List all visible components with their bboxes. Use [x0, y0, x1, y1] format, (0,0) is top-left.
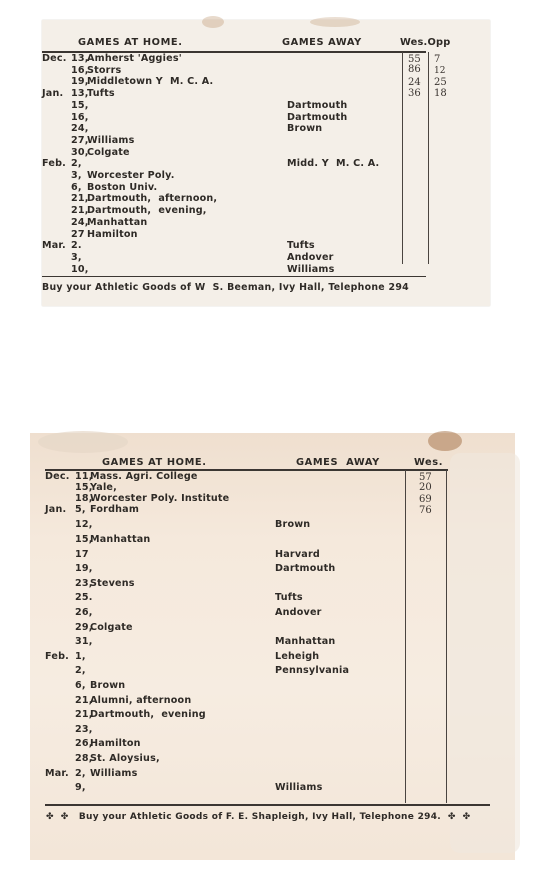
water-stain: [202, 16, 224, 28]
away-opponent: Williams: [287, 264, 335, 275]
away-opponent: Dartmouth: [275, 563, 335, 574]
away-opponent: Andover: [287, 252, 334, 263]
day-label: 2,: [71, 158, 82, 169]
home-opponent: Dartmouth, evening: [90, 709, 206, 720]
day-label: 2.: [71, 240, 82, 251]
worn-edge: [450, 453, 520, 853]
home-opponent: Fordham: [90, 504, 139, 515]
home-opponent: Worcester Poly. Institute: [90, 493, 229, 504]
home-opponent: Boston Univ.: [87, 182, 157, 193]
score-wes: 36: [408, 88, 421, 99]
home-opponent: Colgate: [87, 147, 130, 158]
away-opponent: Brown: [287, 123, 322, 134]
month-label: Feb.: [45, 651, 69, 662]
header-games-away: GAMES AWAY: [282, 37, 362, 48]
home-opponent: Brown: [90, 680, 125, 691]
header-games-at-home: GAMES AT HOME.: [102, 457, 207, 468]
month-label: Jan.: [42, 88, 63, 99]
home-opponent: Colgate: [90, 622, 133, 633]
advert-footer: Buy your Athletic Goods of W S. Beeman, …: [42, 282, 409, 293]
water-stain: [310, 17, 360, 27]
day-label: 21,: [71, 193, 89, 204]
away-opponent: Leheigh: [275, 651, 319, 662]
day-label: 15,: [71, 100, 89, 111]
away-opponent: Dartmouth: [287, 112, 347, 123]
home-opponent: Williams: [87, 135, 135, 146]
home-opponent: Tufts: [87, 88, 115, 99]
header-games-away: GAMES AWAY: [296, 457, 380, 468]
home-opponent: Williams: [90, 768, 138, 779]
home-opponent: Manhattan: [90, 534, 150, 545]
day-label: 6,: [75, 680, 86, 691]
home-opponent: Hamilton: [90, 738, 141, 749]
footer-rule: [45, 804, 490, 806]
home-opponent: Alumni, afternoon: [90, 695, 191, 706]
day-label: 13,: [71, 88, 89, 99]
day-label: 17: [75, 549, 89, 560]
water-stain: [428, 431, 462, 451]
score-wes: 20: [419, 482, 432, 493]
home-opponent: Worcester Poly.: [87, 170, 175, 181]
day-label: 2,: [75, 768, 86, 779]
header-games-at-home: GAMES AT HOME.: [78, 37, 183, 48]
score-opp: 7: [434, 54, 440, 65]
home-opponent: Dartmouth, afternoon,: [87, 193, 217, 204]
score-wes: 86: [408, 64, 421, 75]
away-opponent: Tufts: [275, 592, 303, 603]
column-divider-opp: [428, 52, 429, 264]
month-label: Feb.: [42, 158, 66, 169]
day-label: 16,: [71, 112, 89, 123]
month-label: Dec.: [42, 53, 67, 64]
away-opponent: Brown: [275, 519, 310, 530]
home-opponent: Dartmouth, evening,: [87, 205, 207, 216]
day-label: 19,: [71, 76, 89, 87]
day-label: 25.: [75, 592, 93, 603]
month-label: Mar.: [42, 240, 66, 251]
score-wes: 69: [419, 494, 432, 505]
column-divider-right: [446, 470, 447, 803]
home-opponent: Middletown Y M. C. A.: [87, 76, 213, 87]
day-label: 2,: [75, 665, 86, 676]
day-label: 27,: [71, 135, 89, 146]
schedule-card-beeman: GAMES AT HOME. GAMES AWAY Wes.Opp Dec.13…: [42, 20, 490, 306]
day-label: 16,: [71, 65, 89, 76]
home-opponent: Hamilton: [87, 229, 138, 240]
score-wes: 24: [408, 77, 421, 88]
home-opponent: Amherst 'Aggies': [87, 53, 182, 64]
home-opponent: Mass. Agri. College: [90, 471, 198, 482]
day-label: 23,: [75, 724, 93, 735]
away-opponent: Dartmouth: [287, 100, 347, 111]
footer-rule: [42, 276, 426, 277]
away-opponent: Williams: [275, 782, 323, 793]
home-opponent: St. Aloysius,: [90, 753, 160, 764]
day-label: 3,: [71, 170, 82, 181]
day-label: 24,: [71, 123, 89, 134]
home-opponent: Storrs: [87, 65, 121, 76]
month-label: Mar.: [45, 768, 69, 779]
water-stain: [38, 431, 128, 453]
day-label: 13,: [71, 53, 89, 64]
score-opp: 18: [434, 88, 447, 99]
schedule-card-shapleigh: GAMES AT HOME. GAMES AWAY Wes. Dec.11,Ma…: [30, 433, 515, 860]
home-opponent: Stevens: [90, 578, 135, 589]
advert-footer: ✤ ✤ Buy your Athletic Goods of F. E. Sha…: [46, 812, 470, 822]
column-divider-wes: [402, 52, 403, 264]
away-opponent: Harvard: [275, 549, 320, 560]
score-wes: 76: [419, 505, 432, 516]
header-scores: Wes.: [414, 457, 443, 468]
score-opp: 25: [434, 77, 447, 88]
month-label: Dec.: [45, 471, 70, 482]
away-opponent: Midd. Y M. C. A.: [287, 158, 379, 169]
day-label: 27: [71, 229, 85, 240]
day-label: 5,: [75, 504, 86, 515]
column-divider-left: [405, 470, 406, 803]
away-opponent: Andover: [275, 607, 322, 618]
day-label: 30,: [71, 147, 89, 158]
day-label: 26,: [75, 607, 93, 618]
home-opponent: Yale,: [90, 482, 117, 493]
day-label: 19,: [75, 563, 93, 574]
day-label: 24,: [71, 217, 89, 228]
away-opponent: Manhattan: [275, 636, 335, 647]
header-scores: Wes.Opp: [400, 37, 450, 48]
day-label: 9,: [75, 782, 86, 793]
day-label: 1,: [75, 651, 86, 662]
day-label: 12,: [75, 519, 93, 530]
month-label: Jan.: [45, 504, 66, 515]
score-opp: 12: [434, 66, 445, 76]
away-opponent: Pennsylvania: [275, 665, 349, 676]
day-label: 31,: [75, 636, 93, 647]
day-label: 10,: [71, 264, 89, 275]
day-label: 6,: [71, 182, 82, 193]
home-opponent: Manhattan: [87, 217, 147, 228]
away-opponent: Tufts: [287, 240, 315, 251]
day-label: 21,: [71, 205, 89, 216]
day-label: 3,: [71, 252, 82, 263]
